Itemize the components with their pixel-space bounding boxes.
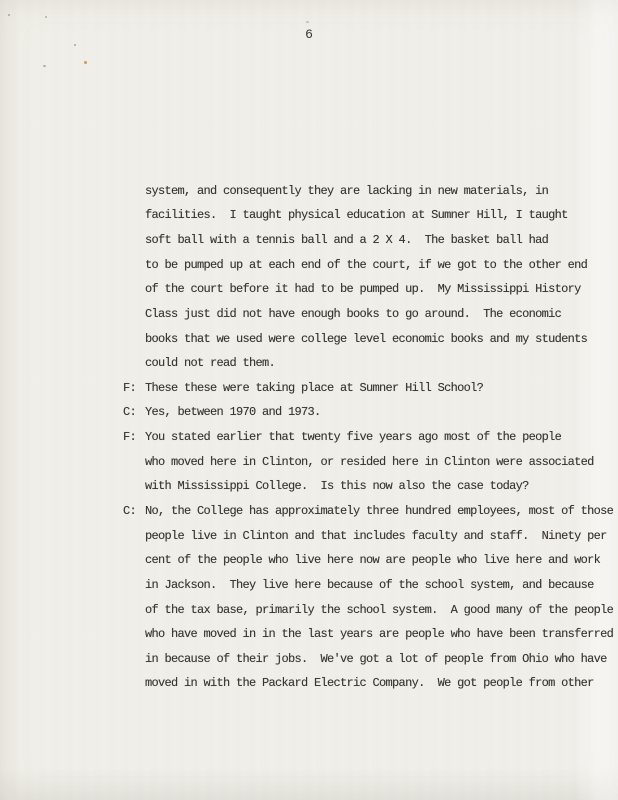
speaker-label: C: (123, 400, 145, 425)
line-text: who have moved in in the last years are … (145, 627, 613, 641)
paper-speck (8, 14, 10, 16)
line-text: moved in with the Packard Electric Compa… (145, 676, 594, 690)
speaker-label: C: (123, 499, 145, 524)
line-text: in because of their jobs. We've got a lo… (145, 652, 607, 666)
line-text: of the court before it had to be pumped … (145, 282, 581, 296)
paper-speck (84, 61, 87, 64)
line-text: people live in Clinton and that includes… (145, 529, 607, 543)
speaker-label: F: (123, 376, 145, 401)
scanned-document-page: 6 system, and consequently they are lack… (0, 0, 618, 800)
line-text: soft ball with a tennis ball and a 2 X 4… (145, 233, 548, 247)
line-text: in Jackson. They live here because of th… (145, 578, 594, 592)
line-text: of the tax base, primarily the school sy… (145, 603, 613, 617)
line-text: with Mississippi College. Is this now al… (145, 479, 529, 493)
line-text: books that we used were college level ec… (145, 332, 587, 346)
transcript-text: system, and consequently they are lackin… (71, 154, 591, 671)
paper-speck (74, 44, 76, 46)
speaker-label: F: (123, 425, 145, 450)
line-text: could not read them. (145, 356, 275, 370)
paper-speck (306, 21, 309, 23)
paper-speck (45, 16, 47, 18)
transcript-line: system, and consequently they are lackin… (71, 154, 591, 179)
line-text: These these were taking place at Sumner … (145, 381, 483, 395)
line-text: who moved here in Clinton, or resided he… (145, 455, 594, 469)
line-text: cent of the people who live here now are… (145, 553, 600, 567)
line-text: system, and consequently they are lackin… (145, 184, 548, 198)
line-text: Class just did not have enough books to … (145, 307, 561, 321)
line-text: to be pumped up at each end of the court… (145, 258, 587, 272)
line-text: facilities. I taught physical education … (145, 208, 568, 222)
paper-speck (43, 65, 46, 67)
page-number: 6 (0, 27, 618, 42)
line-text: You stated earlier that twenty five year… (145, 430, 561, 444)
line-text: No, the College has approximately three … (145, 504, 613, 518)
line-text: Yes, between 1970 and 1973. (145, 405, 321, 419)
